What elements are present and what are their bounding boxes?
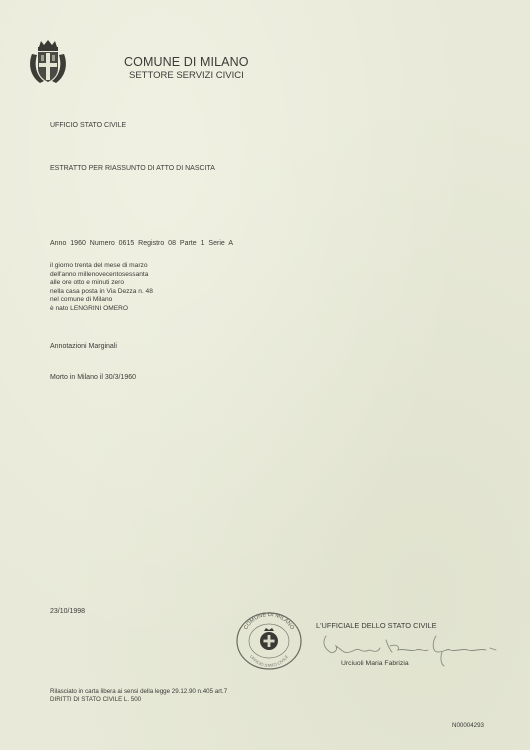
body-line: dell'anno millenovecentosessanta: [50, 271, 153, 280]
body-line: nel comune di Milano: [50, 296, 153, 305]
document-page: COMUNE DI MILANO SETTORE SERVIZI CIVICI …: [0, 0, 530, 750]
body-line: è nato LENGRINI OMERO: [50, 305, 153, 314]
fee-note: DIRITTI DI STATO CIVILE L. 500: [50, 696, 227, 704]
milan-coat-of-arms-icon: [26, 38, 70, 86]
office-name: UFFICIO STATO CIVILE: [50, 122, 126, 129]
body-line: alle ore otto e minuti zero: [50, 279, 153, 288]
officer-title: L'UFFICIALE DELLO STATO CIVILE: [316, 621, 437, 630]
issue-notes: Rilasciato in carta libera ai sensi dell…: [50, 688, 227, 703]
annotations-label: Annotazioni Marginali: [50, 343, 117, 350]
record-reference: Anno 1960 Numero 0615 Registro 08 Parte …: [50, 240, 233, 247]
body-line: il giorno trenta del mese di marzo: [50, 262, 153, 271]
svg-text:COMUNE DI MILANO: COMUNE DI MILANO: [243, 612, 295, 632]
document-title: ESTRATTO PER RIASSUNTO DI ATTO DI NASCIT…: [50, 165, 215, 172]
legal-note: Rilasciato in carta libera ai sensi dell…: [50, 688, 227, 696]
issue-date: 23/10/1998: [50, 608, 85, 615]
annotation-text: Morto in Milano il 30/3/1960: [50, 374, 136, 381]
municipality-title: COMUNE DI MILANO: [124, 55, 249, 69]
birth-record-body: il giorno trenta del mese di marzo dell'…: [50, 262, 153, 314]
municipal-seal-icon: COMUNE DI MILANO UFFICIO STATO CIVILE: [234, 608, 304, 670]
officer-name: Urciuoli Maria Fabrizia: [341, 660, 409, 667]
municipality-subtitle: SETTORE SERVIZI CIVICI: [129, 70, 244, 81]
body-line: nella casa posta in Via Dezza n. 48: [50, 288, 153, 297]
serial-number: N00004293: [452, 722, 484, 729]
